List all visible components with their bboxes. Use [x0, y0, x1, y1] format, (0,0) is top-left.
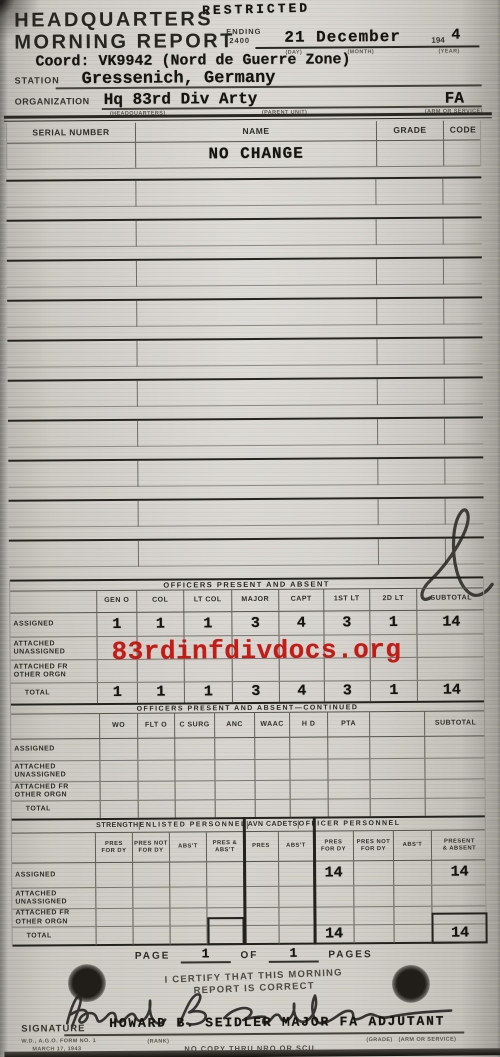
table-cell — [256, 800, 291, 817]
table-cell — [176, 781, 216, 799]
grade-cell — [377, 141, 444, 166]
page-count-row: PAGE 1 OF 1 PAGES — [4, 944, 500, 964]
blank-roster-row — [8, 376, 483, 419]
table-cell — [170, 862, 207, 886]
table-cell — [133, 909, 170, 926]
column-header-col: COL — [137, 590, 184, 611]
row-label: TOTAL — [13, 927, 97, 946]
table-cell: 1 — [184, 612, 232, 635]
table-cell — [133, 888, 170, 908]
table-cell — [244, 908, 279, 925]
table-cell — [100, 761, 138, 781]
roster-table: SERIAL NUMBER NAME GRADE CODE NO CHANGE — [6, 120, 481, 169]
page-label: PAGE — [135, 951, 171, 964]
page-number: 1 — [180, 946, 230, 963]
strength-corner-label: STRENGTH — [96, 822, 140, 831]
table-cell — [170, 908, 207, 925]
table-cell — [97, 927, 134, 945]
table-cell — [176, 800, 216, 817]
table-cell: 1 — [370, 611, 417, 634]
table-cell — [170, 887, 207, 907]
column-header-1st-lt: 1ST LT — [324, 589, 370, 610]
grade-arm-label: (GRADE) (ARM OR SERVICE) — [366, 1037, 456, 1044]
blank-roster-row — [7, 256, 482, 299]
no-change-entry: NO CHANGE — [136, 141, 377, 168]
column-header-blank — [370, 712, 425, 736]
rank-label: (RANK) — [147, 1039, 169, 1045]
year-typed: 4 — [451, 27, 460, 44]
table-cell: 4 — [280, 681, 325, 701]
table-cell — [171, 926, 208, 944]
table-cell — [96, 863, 133, 887]
blank-roster-row — [6, 176, 481, 219]
column-header-major: MAJOR — [232, 590, 279, 611]
table-cell — [279, 862, 314, 886]
code-cell — [444, 140, 482, 165]
table-cell — [432, 885, 487, 905]
table-cell — [354, 907, 394, 924]
table-cell — [96, 909, 133, 926]
morning-report-scan: RESTRICTED HEADQUARTERS MORNING REPORT E… — [0, 0, 500, 1057]
column-header-h-d: H D — [290, 712, 328, 736]
officer-total-box — [431, 912, 487, 943]
blank-roster-row — [7, 296, 482, 339]
table-cell: 1 — [98, 683, 138, 703]
table-cell — [244, 862, 279, 886]
column-header-name: NAME — [136, 121, 377, 142]
table-cell — [426, 779, 487, 797]
column-header-anc: ANC — [215, 713, 255, 737]
row-label: ATTACHED UNASSIGNED — [12, 888, 96, 909]
table-cell — [328, 759, 370, 779]
blank-roster-row — [9, 496, 484, 539]
signature-label: SIGNATURE — [21, 1023, 85, 1034]
continued-header-row: WO FLT O C SURG ANC WAAC H D PTA SUBTOTA… — [11, 711, 484, 739]
table-cell — [328, 737, 370, 758]
row-label: ATTACHED UNASSIGNED — [11, 761, 100, 782]
row-label: ASSIGNED — [12, 863, 96, 888]
table-cell — [255, 738, 290, 759]
column-header-subtotal: SUBTOTAL — [425, 711, 486, 735]
ending-label: ENDING — [226, 27, 261, 36]
table-cell — [290, 759, 328, 779]
table-cell — [279, 908, 314, 925]
column-header-2d-lt: 2D LT — [370, 589, 417, 610]
year-underline — [429, 45, 479, 47]
roster-blank-rows — [6, 176, 484, 579]
table-cell — [279, 887, 314, 907]
table-cell — [371, 799, 426, 816]
table-cell — [216, 781, 256, 799]
table-cell — [245, 926, 280, 944]
table-cell — [395, 925, 433, 943]
table-cell — [370, 759, 425, 779]
strength-subheader-row: PRES FOR DY PRES NOT FOR DY ABS'T PRES &… — [12, 830, 485, 863]
row-label: ATTACHED FR OTHER ORGN — [12, 909, 96, 927]
serial-cell — [7, 143, 136, 169]
blank-roster-row — [8, 456, 483, 499]
table-cell: 1 — [371, 681, 418, 701]
table-cell — [355, 925, 395, 943]
table-cell — [134, 927, 171, 945]
table-cell: 14 — [417, 610, 485, 633]
table-cell — [394, 861, 432, 885]
station-label: STATION — [15, 75, 60, 85]
enlisted-total-box — [207, 917, 244, 945]
table-cell — [255, 760, 290, 780]
table-cell — [394, 907, 432, 924]
subcol-avn-abst: ABS'T — [279, 832, 314, 861]
blank-roster-row — [7, 216, 482, 259]
subcol-enl-pres-for-dy: PRES FOR DY — [96, 833, 133, 862]
table-cell: 1 — [137, 612, 184, 635]
table-cell: 14 — [314, 861, 354, 885]
ending-time: 2400 — [229, 36, 250, 45]
subcol-avn-pres: PRES — [244, 832, 279, 861]
group-header-enlisted: ENLISTED PERSONNEL — [140, 821, 248, 830]
subcol-enl-abst: ABS'T — [170, 832, 207, 861]
blank-roster-row — [7, 336, 482, 379]
officers-continued-table: OFFICERS PRESENT AND ABSENT—CONTINUED WO… — [10, 700, 486, 818]
table-cell — [138, 761, 175, 781]
column-header-capt: CAPT — [279, 589, 324, 610]
column-header-wo: WO — [100, 714, 138, 738]
table-cell: 14 — [418, 680, 486, 700]
column-header-serial-number: SERIAL NUMBER — [7, 123, 136, 143]
table-cell: 3 — [232, 612, 279, 635]
classification-stamp: RESTRICTED — [202, 1, 310, 19]
row-label: TOTAL — [11, 683, 98, 704]
of-label: OF — [240, 950, 258, 963]
form-number-line1: W.D., A.G.O. FORM NO. 1 — [21, 1038, 96, 1045]
date-value: 21 December — [284, 28, 401, 47]
row-label: ASSIGNED — [10, 613, 97, 637]
website-watermark: 83rdinfdivdocs.org — [112, 635, 402, 667]
subcol-off-abst: ABS'T — [394, 831, 432, 860]
table-cell: 1 — [185, 682, 233, 702]
table-cell — [256, 781, 291, 799]
table-cell — [175, 760, 215, 780]
table-cell — [139, 801, 176, 818]
table-cell — [216, 800, 256, 817]
table-cell — [100, 739, 138, 760]
column-header-grade: GRADE — [377, 121, 444, 140]
typed-signature-name: HOWARD B. SEIDLER MAJOR FA ADJUTANT — [109, 1014, 445, 1031]
table-cell — [175, 738, 215, 759]
table-cell: 4 — [279, 611, 324, 634]
table-cell — [96, 888, 133, 908]
table-cell — [291, 780, 329, 798]
table-cell — [207, 862, 244, 886]
pages-label: PAGES — [328, 949, 372, 962]
table-cell — [139, 782, 176, 800]
organization-value: Hq 83rd Div Arty — [104, 90, 258, 109]
blank-roster-row — [9, 536, 484, 579]
subcol-off-present-absent: PRESENT & ABSENT — [432, 830, 487, 859]
roster-entry-row: NO CHANGE — [7, 140, 480, 169]
table-cell: 14 — [432, 860, 487, 884]
table-cell: 3 — [325, 681, 371, 701]
table-cell — [329, 780, 371, 798]
row-label: ATTACHED UNASSIGNED — [11, 637, 98, 660]
group-header-avn-cadets: AVN CADETS — [248, 820, 299, 829]
table-cell — [280, 926, 315, 944]
strength-table: STRENGTH ENLISTED PERSONNEL AVN CADETS O… — [11, 815, 487, 946]
table-cell — [215, 738, 255, 759]
officers-assigned-row: ASSIGNED 1 1 1 3 4 3 1 14 — [10, 610, 483, 637]
organization-label: ORGANIZATION — [15, 96, 90, 107]
row-label: ATTACHED FR OTHER ORGN — [12, 782, 101, 801]
subcol-off-pres-not: PRES NOT FOR DY — [354, 831, 394, 860]
strength-assigned-row: ASSIGNED 14 14 — [12, 860, 485, 888]
table-cell — [329, 799, 371, 816]
column-header-lt-col: LT COL — [184, 590, 232, 611]
table-cell — [291, 799, 329, 816]
blank-roster-row — [8, 416, 483, 459]
continued-corner-cell — [11, 714, 100, 739]
table-cell: 1 — [97, 613, 137, 636]
row-label: ATTACHED FR OTHER ORGN — [11, 660, 98, 683]
table-cell — [215, 760, 255, 780]
officers-corner-cell — [10, 591, 97, 613]
subcol-enl-pres-not: PRES NOT FOR DY — [133, 833, 170, 862]
table-cell — [418, 657, 486, 679]
table-cell — [138, 739, 175, 760]
row-label: TOTAL — [12, 801, 101, 819]
table-cell — [425, 758, 486, 778]
table-cell: 1 — [138, 682, 185, 702]
month-label: (MONTH) — [347, 49, 374, 55]
column-header-code: CODE — [444, 120, 482, 139]
table-cell — [425, 736, 486, 757]
table-cell — [101, 801, 139, 818]
table-cell — [207, 887, 244, 907]
coordinates-line: Coord: VK9942 (Nord de Guerre Zone) — [35, 51, 350, 70]
strength-total-row: TOTAL 14 14 — [13, 924, 486, 946]
subcol-off-pres-for-dy: PRES FOR DY — [314, 831, 354, 860]
column-header-waac: WAAC — [255, 713, 290, 737]
year-printed: 194 — [431, 36, 444, 45]
arm-service-value: FA — [445, 89, 464, 107]
station-value: Gressenich, Germany — [82, 69, 276, 89]
table-cell: 14 — [315, 925, 355, 943]
form-title-line2: MORNING REPORT — [14, 30, 235, 55]
table-cell — [244, 887, 279, 907]
table-cell — [101, 782, 139, 800]
row-label: ASSIGNED — [11, 739, 100, 761]
document-content: RESTRICTED HEADQUARTERS MORNING REPORT E… — [0, 0, 500, 1057]
form-title-line1: HEADQUARTERS — [14, 8, 213, 32]
table-cell — [354, 861, 394, 885]
column-header-c-surg: C SURG — [175, 713, 215, 737]
table-cell: 3 — [233, 682, 280, 702]
pages-total: 1 — [268, 946, 318, 963]
column-header-pta: PTA — [328, 712, 370, 736]
table-cell — [418, 634, 486, 656]
table-cell — [133, 863, 170, 887]
table-cell — [314, 886, 354, 906]
table-cell — [371, 780, 426, 798]
column-header-flt-o: FLT O — [138, 714, 175, 738]
column-header-gen-o: GEN O — [97, 591, 137, 612]
table-cell: 3 — [324, 611, 370, 634]
table-cell — [314, 907, 354, 924]
column-header-subtotal: SUBTOTAL — [417, 588, 485, 609]
table-cell — [370, 737, 425, 758]
year-label: (YEAR) — [438, 49, 459, 55]
table-cell — [290, 737, 328, 758]
table-cell — [394, 886, 432, 906]
table-cell — [426, 798, 487, 815]
table-cell — [354, 886, 394, 906]
strength-subcorner — [12, 833, 96, 863]
subcol-enl-pres-abst: PRES & ABS'T — [207, 832, 244, 861]
